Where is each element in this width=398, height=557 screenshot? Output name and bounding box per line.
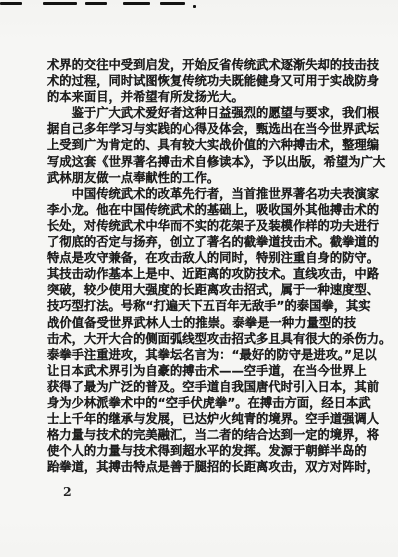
text-line: 突破，较少使用大强度的长距离攻击招式，属于一种速度型、 <box>47 282 356 298</box>
text-line: 武林朋友做一点奉献性的工作。 <box>47 170 356 186</box>
text-line: 泰拳手注重进攻，其拳坛名言为：“最好的防守是进攻。”足以 <box>47 347 356 363</box>
page-number: 2 <box>63 484 72 499</box>
text-line: 特点是攻守兼备，在攻击敌人的同时，特别注重自身的防守。 <box>47 250 356 266</box>
text-block: 术界的交往中受到启发，开始反省传统武术逐渐失却的技击技术的过程，同时试图恢复传统… <box>47 57 356 475</box>
text-line: 格力量与技术的完美融汇，当二者的结合达到一定的境界，将 <box>47 427 356 443</box>
text-line: 跆拳道，其搏击特点是善于腿招的长距离攻击，双方对阵时， <box>47 459 356 475</box>
text-line: 战价值备受世界武林人士的推崇。泰拳是一种力量型的技 <box>47 315 356 331</box>
text-line: 士上千年的继承与发展，已达炉火纯青的境界。空手道强调人 <box>47 411 356 427</box>
scan-artifact-dash <box>85 2 107 5</box>
scan-artifact-dash <box>0 2 22 5</box>
text-line: 上受到广为肯定的、具有较大实战价值的六种搏击术，整理编 <box>47 137 356 153</box>
text-line: 击术，大开大合的侧面弧线型攻击招式多且具有很大的杀伤力。 <box>47 331 356 347</box>
text-line: 其技击动作基本上是中、近距离的攻防技术。直线攻击，中路 <box>47 266 356 282</box>
text-line: 写成这套《世界著名搏击术自修读本》，予以出版，希望为广大 <box>47 154 356 170</box>
text-line: 术的过程，同时试图恢复传统功夫既能健身又可用于实战防身 <box>47 73 356 89</box>
text-line: 获得了最为广泛的普及。空手道自我国唐代时引入日本，其前 <box>47 379 356 395</box>
text-line: 技巧型打法。号称“打遍天下五百年无敌手”的泰国拳，其实 <box>47 298 356 314</box>
text-line: 使个人的力量与技术得到超水平的发挥。发源于朝鲜半岛的 <box>47 443 356 459</box>
text-line: 中国传统武术的改革先行者，当首推世界著名功夫表演家 <box>47 186 356 202</box>
text-line: 的本来面目，并希望有所发扬光大。 <box>47 89 356 105</box>
scan-artifact-dash <box>160 2 185 5</box>
text-line: 身为少林派拳术中的“空手伏虎拳”。在搏击方面，经日本武 <box>47 395 356 411</box>
text-line: 术界的交往中受到启发，开始反省传统武术逐渐失却的技击技 <box>47 57 356 73</box>
scan-artifact-dot <box>193 5 196 8</box>
text-line: 鉴于广大武术爱好者这种日益强烈的愿望与要求，我们根 <box>47 105 356 121</box>
text-line: 李小龙。他在中国传统武术的基础上，吸收国外其他搏击术的 <box>47 202 356 218</box>
scanned-book-page: 术界的交往中受到启发，开始反省传统武术逐渐失却的技击技术的过程，同时试图恢复传统… <box>0 0 398 557</box>
text-line: 了彻底的否定与扬弃，创立了著名的截拳道技击术。截拳道的 <box>47 234 356 250</box>
text-line: 据自己多年学习与实践的心得及体会，甄选出在当今世界武坛 <box>47 121 356 137</box>
text-line: 让日本武术界引为自豪的搏击术——空手道，在当今世界上 <box>47 363 356 379</box>
scan-artifact-dash <box>43 2 77 5</box>
scan-artifact-dash <box>123 2 150 5</box>
text-line: 长处，对传统武术中华而不实的花架子及装模作样的功夫进行 <box>47 218 356 234</box>
